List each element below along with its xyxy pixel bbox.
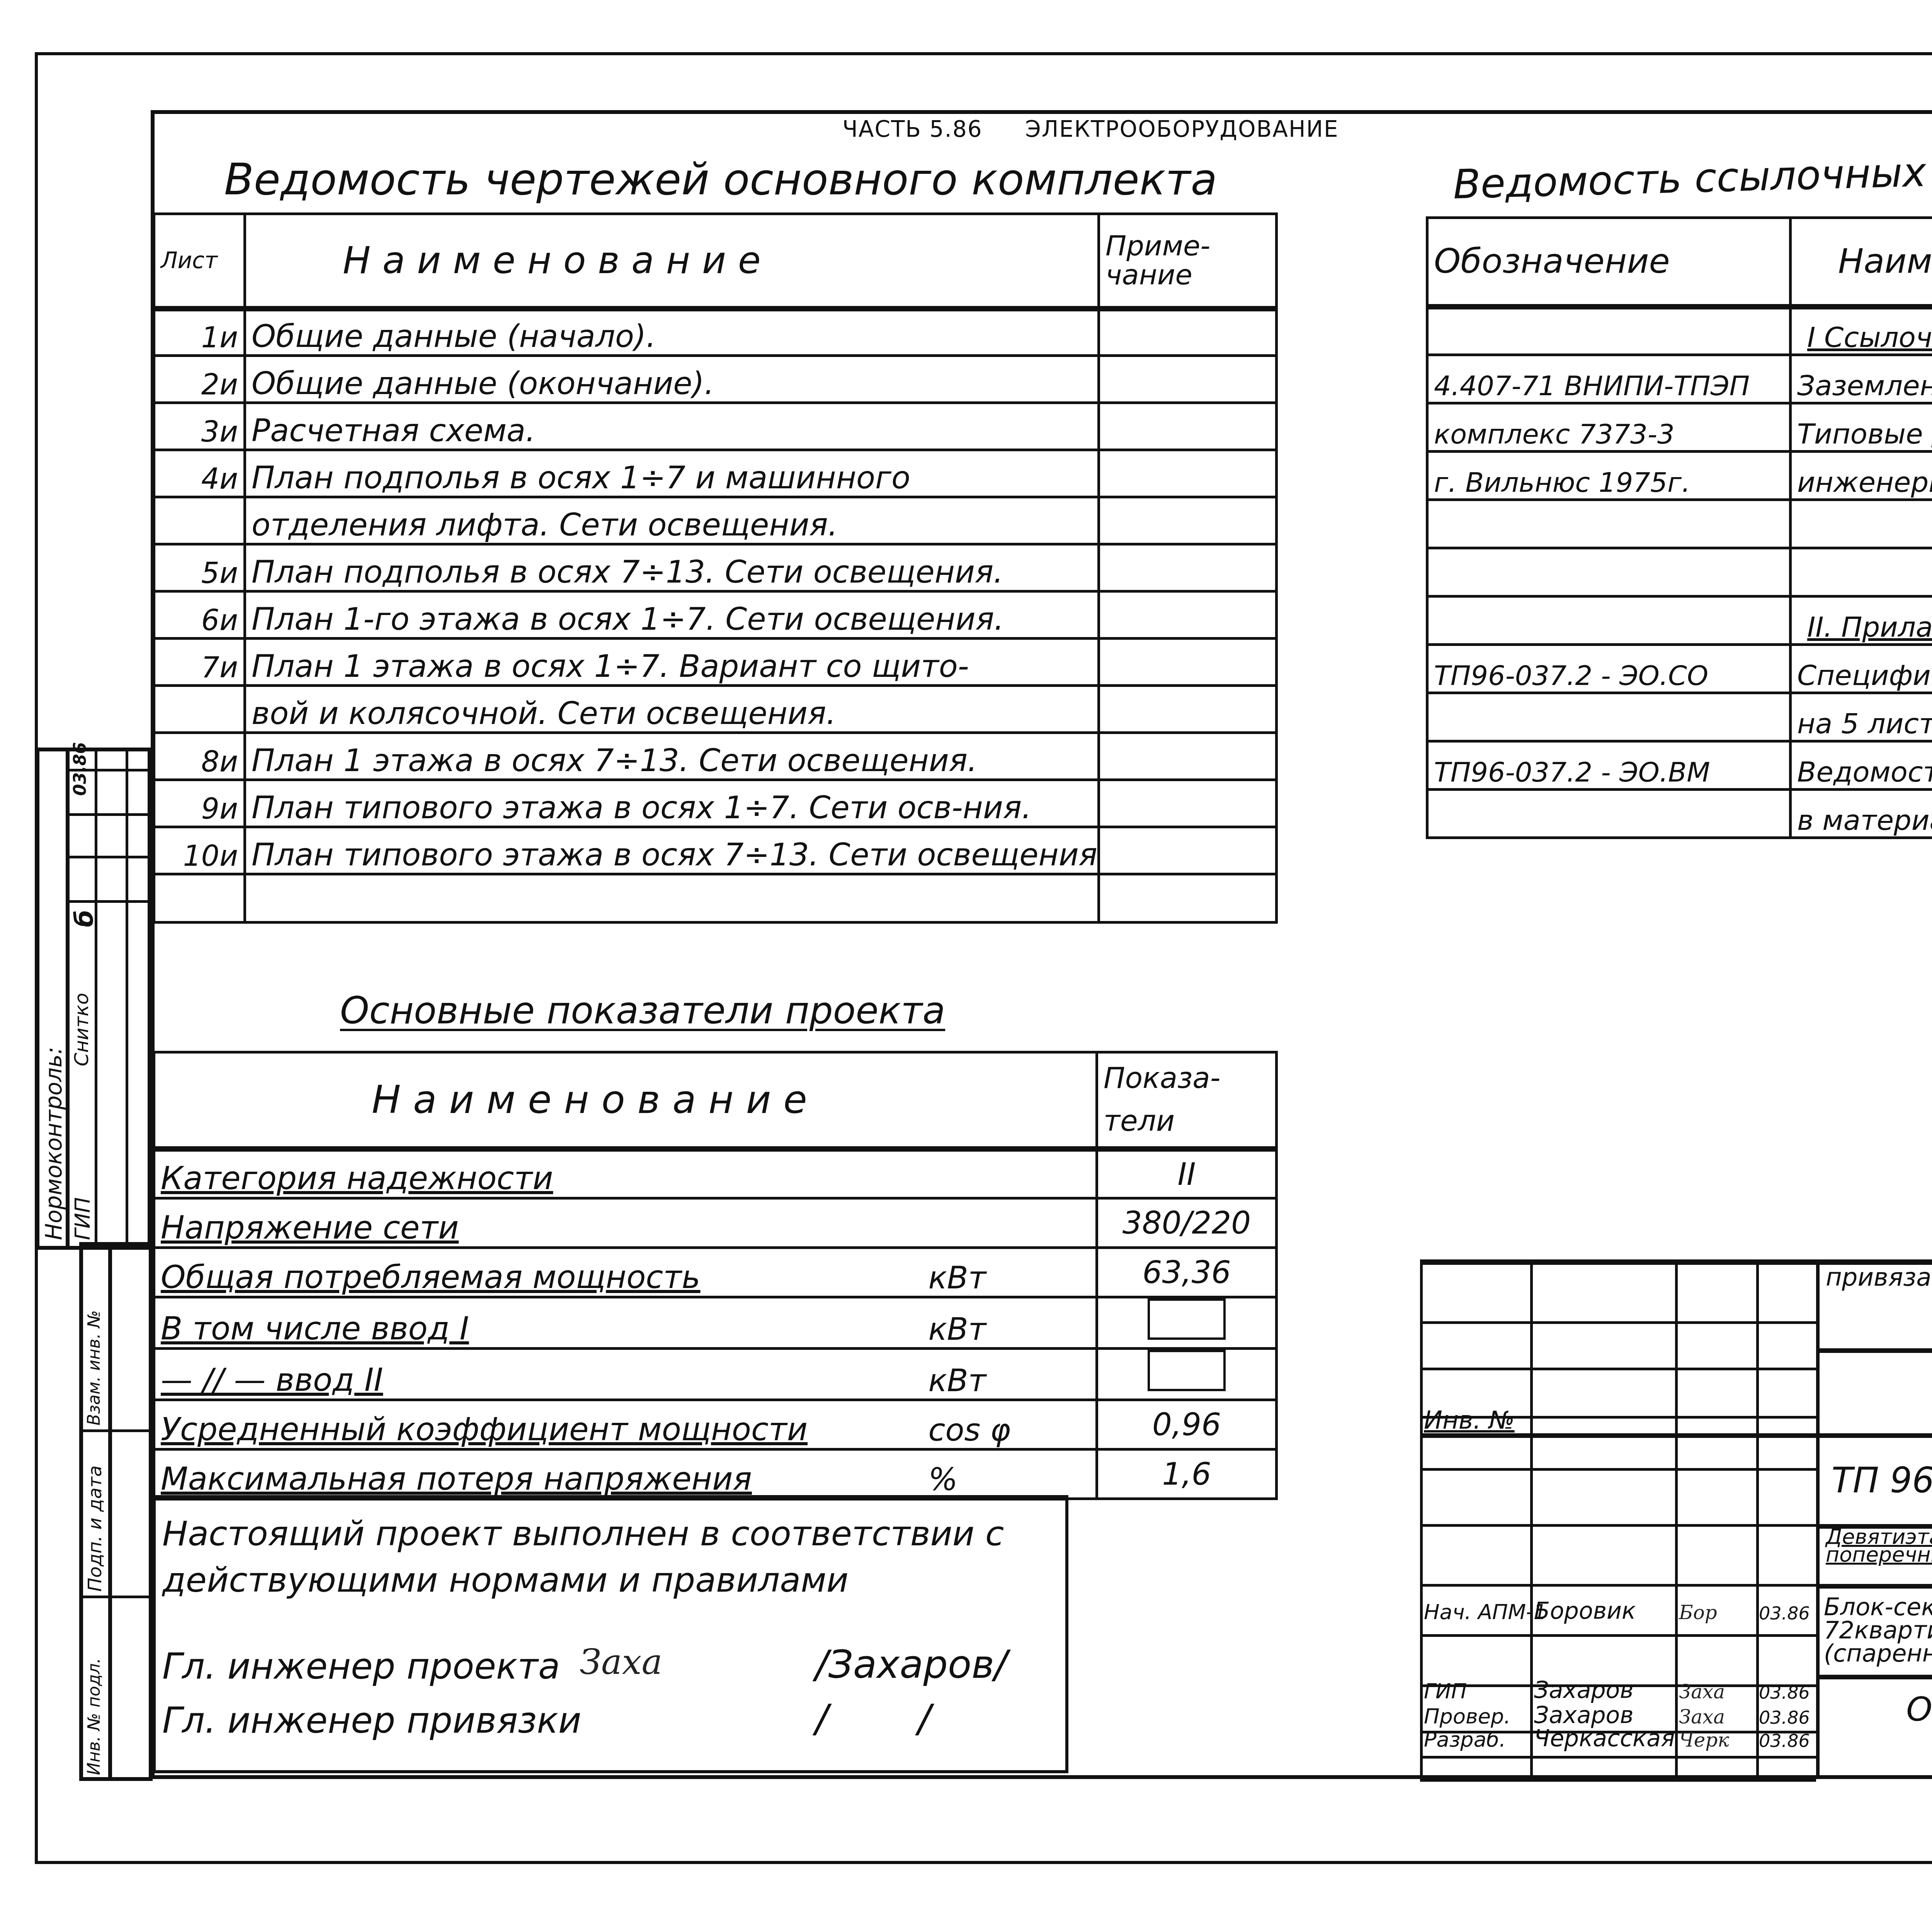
sheet-cell: 9и (154, 780, 245, 827)
normcontrol-label: Нормоконтроль: (41, 1047, 67, 1240)
section-title: Блок-секция рядовая 72квартирная 1Б-1Б-2… (1824, 1596, 1932, 1665)
sheet-cell (154, 686, 245, 733)
signature-mark: Заха (1679, 1706, 1725, 1728)
note-cell (1099, 874, 1277, 923)
column-header: Наименование (1791, 218, 1932, 307)
indicator-unit: cos φ (923, 1400, 1097, 1449)
table-row: комплекс 7373-3Типовые детали уплотнения… (1427, 403, 1932, 452)
table-row: ТП96-037.2 - ЭО.СОСпецификация оборудова… (1427, 645, 1932, 693)
table-row: 6иПлан 1-го этажа в осях 1÷7. Сети освещ… (154, 591, 1277, 639)
designation-cell (1427, 307, 1791, 355)
name-cell: II. Прилагаемые документы (1791, 596, 1932, 645)
designation-cell: комплекс 7373-3 (1427, 403, 1791, 452)
note-cell (1099, 309, 1277, 356)
table-row (1427, 500, 1932, 548)
name-cell: План типового этажа в осях 1÷7. Сети осв… (245, 780, 1099, 827)
indicators-header: Н а и м е н о в а н и еПоказа- тели (154, 1052, 1277, 1149)
table-row: отделения лифта. Сети освещения. (154, 497, 1277, 544)
stamp-role-gip: ГИП (70, 1197, 95, 1240)
signature-date: 03.86 (1759, 1707, 1810, 1728)
signature-date: 03.86 (1759, 1682, 1810, 1703)
designation-cell: г. Вильнюс 1975г. (1427, 452, 1791, 500)
note-cell (1099, 827, 1277, 874)
table-row: ТП96-037.2 - ЭО.ВМВедомость потребности (1427, 741, 1932, 790)
grid-col-line (1675, 1259, 1678, 1779)
indicator-row: — // — ввод IIкВт (154, 1349, 1277, 1400)
table-row: 7иПлан 1 этажа в осях 1÷7. Вариант со щи… (154, 639, 1277, 686)
drawings-list-title: Ведомость чертежей основного комплекта (224, 155, 1217, 205)
indicator-name: В том числе ввод I (154, 1297, 923, 1349)
inv-label: Инв. № (1424, 1406, 1515, 1435)
grid-row-line (1420, 1584, 1816, 1587)
indicator-row: Максимальная потеря напряжения%1,6 (154, 1449, 1277, 1499)
indicators-table: Н а и м е н о в а н и еПоказа- телиКатег… (153, 1051, 1278, 1500)
references-list-table: ОбозначениеНаименованиеПриме- чаниеI Ссы… (1426, 216, 1932, 839)
name-cell: Ведомость потребности (1791, 741, 1932, 790)
sheet-cell: 2и (154, 356, 245, 403)
table-row: I Ссылочные документы (1427, 307, 1932, 355)
bound-label: привязан (1826, 1263, 1932, 1292)
name-cell: Расчетная схема. (245, 403, 1099, 450)
sheet-cell: 5и (154, 544, 245, 591)
indicator-row: Усредненный коэффициент мощностиcos φ0,9… (154, 1400, 1277, 1449)
table-row: 9иПлан типового этажа в осях 1÷7. Сети о… (154, 780, 1277, 827)
replacing-inv-label: Взам. инв. № (84, 1310, 104, 1426)
indicator-name: Общая потребляемая мощность (154, 1248, 923, 1297)
original-inv-label: Инв. № подл. (84, 1658, 104, 1775)
indicator-unit: кВт (923, 1349, 1097, 1400)
signature-role: Разраб. (1424, 1727, 1506, 1752)
name-cell: План 1-го этажа в осях 1÷7. Сети освещен… (245, 591, 1099, 639)
signature-date: 03.86 (1759, 1730, 1810, 1751)
designation-cell (1427, 500, 1791, 548)
grid-row-line (1420, 1259, 1816, 1262)
stamp-role-snitko: Снитко (70, 993, 93, 1066)
sheet-cell: 1и (154, 309, 245, 356)
grid-row-line (1420, 1368, 1816, 1370)
tb-hline-1 (1816, 1348, 1932, 1353)
designation-cell (1427, 548, 1791, 596)
chief-engineer-signature: Заха (580, 1642, 662, 1682)
grid-row-line (1420, 1468, 1816, 1471)
note-cell (1099, 403, 1277, 450)
signature-mark: Бор (1679, 1601, 1717, 1624)
signature-date: 03.86 (1759, 1603, 1810, 1624)
name-cell: инженерных сетей в гражданские здания (1791, 452, 1932, 500)
chief-engineer-name: /Захаров/ (815, 1642, 1007, 1687)
note-cell (1099, 356, 1277, 403)
drawings-list-header: ЛистН а и м е н о в а н и еПриме- чание (154, 214, 1277, 309)
name-cell: на 5 листах. (1791, 693, 1932, 741)
table-row: 4.407-71 ВНИПИ-ТПЭПЗаземление электроуст… (1427, 355, 1932, 403)
designation-cell: ТП96-037.2 - ЭО.СО (1427, 645, 1791, 693)
note-cell (1099, 686, 1277, 733)
signature-role: Нач. АПМ-1 (1424, 1600, 1547, 1624)
table-row: II. Прилагаемые документы (1427, 596, 1932, 645)
table-row (1427, 548, 1932, 596)
table-row: 2иОбщие данные (окончание). (154, 356, 1277, 403)
stamp-col-2 (95, 748, 97, 1250)
name-cell: в материалах на 1 листе (1791, 790, 1932, 838)
drawings-list-table: ЛистН а и м е н о в а н и еПриме- чание1… (153, 212, 1278, 924)
name-cell: План 1 этажа в осях 1÷7. Вариант со щито… (245, 639, 1099, 686)
name-cell: План типового этажа в осях 7÷13. Сети ос… (245, 827, 1099, 874)
signature-mark: Черк (1679, 1729, 1729, 1751)
name-cell: отделения лифта. Сети освещения. (245, 497, 1099, 544)
name-cell: Заземление электроустановок (1791, 355, 1932, 403)
signature-name: Захаров (1534, 1677, 1634, 1704)
binding-engineer-label: Гл. инженер привязки (162, 1700, 582, 1741)
name-cell (245, 874, 1099, 923)
section-label: ЭЛЕКТРООБОРУДОВАНИЕ (1025, 116, 1338, 142)
chief-engineer-label: Гл. инженер проекта (162, 1646, 560, 1687)
name-cell: План 1 этажа в осях 7÷13. Сети освещения… (245, 733, 1099, 780)
indicator-unit (923, 1198, 1097, 1248)
stamp-signature: б (70, 910, 99, 927)
grid-row-line (1420, 1321, 1816, 1324)
column-header: Лист (154, 214, 245, 309)
column-header: Показа- тели (1097, 1052, 1277, 1149)
signature-name: Боровик (1534, 1597, 1636, 1625)
column-header: Н а и м е н о в а н и е (245, 214, 1099, 309)
designation-cell: 4.407-71 ВНИПИ-ТПЭП (1427, 355, 1791, 403)
title-block-separator (1816, 1259, 1820, 1779)
grid-col-line (1530, 1259, 1533, 1779)
grid-col-line (1756, 1259, 1759, 1779)
table-row: 4иПлан подполья в осях 1÷7 и машинного (154, 450, 1277, 497)
name-cell: План подполья в осях 1÷7 и машинного (245, 450, 1099, 497)
stamp-col-3 (126, 748, 128, 1250)
indicator-name: — // — ввод II (154, 1349, 923, 1400)
table-row: вой и колясочной. Сети освещения. (154, 686, 1277, 733)
indicator-name: Категория надежности (154, 1149, 923, 1198)
note-cell (1099, 591, 1277, 639)
sheet-cell (154, 874, 245, 923)
column-header: Приме- чание (1099, 214, 1277, 309)
name-cell: Спецификация оборудования (1791, 645, 1932, 693)
name-cell (1791, 548, 1932, 596)
indicator-name: Напряжение сети (154, 1198, 923, 1248)
name-cell: Типовые детали уплотнения вводов (1791, 403, 1932, 452)
column-header: Обозначение (1427, 218, 1791, 307)
tb-hline-4 (1816, 1584, 1932, 1589)
stamp-row-4 (66, 900, 151, 903)
indicator-value (1097, 1349, 1277, 1400)
sheet-cell: 3и (154, 403, 245, 450)
indicator-value: 1,6 (1097, 1449, 1277, 1499)
indicator-row: Напряжение сети380/220 (154, 1198, 1277, 1248)
grid-row-line (1420, 1524, 1816, 1527)
stamp-row-3 (66, 856, 151, 858)
designation-cell (1427, 596, 1791, 645)
indicators-title: Основные показатели проекта (340, 989, 945, 1032)
signature-role: ГИП (1424, 1679, 1467, 1703)
signature-mark: Заха (1679, 1681, 1725, 1703)
indicator-name: Максимальная потеря напряжения (154, 1449, 923, 1499)
references-header: ОбозначениеНаименованиеПриме- чание (1427, 218, 1932, 307)
empty-value-box (1148, 1298, 1226, 1340)
sheet-cell: 7и (154, 639, 245, 686)
empty-value-box (1148, 1350, 1226, 1391)
designation-cell (1427, 790, 1791, 838)
doc-code: ТП 96-037.2 (1832, 1460, 1932, 1501)
indicator-row: В том числе ввод IкВт (154, 1297, 1277, 1349)
inv-row-1 (79, 1429, 153, 1432)
grid-row-line (1420, 1756, 1816, 1759)
table-row: г. Вильнюс 1975г.инженерных сетей в граж… (1427, 452, 1932, 500)
stamp-date: 03.86 (70, 742, 90, 796)
note-cell (1099, 733, 1277, 780)
part-header: ЧАСТЬ 5.86 ЭЛЕКТРООБОРУДОВАНИЕ (842, 116, 1339, 142)
note-cell (1099, 639, 1277, 686)
sheet-title: Общие данные (начало) (1855, 1684, 1932, 1785)
tb-hline-5 (1816, 1675, 1932, 1679)
part-label: ЧАСТЬ 5.86 (842, 116, 983, 142)
name-cell (1791, 500, 1932, 548)
indicator-unit: кВт (923, 1248, 1097, 1297)
sheet-cell: 4и (154, 450, 245, 497)
stamp-row-2 (66, 813, 151, 816)
sheet-cell: 10и (154, 827, 245, 874)
binding-engineer-name: / / (815, 1696, 931, 1741)
inv-row-2 (79, 1596, 153, 1598)
table-row: на 5 листах. (1427, 693, 1932, 741)
note-cell (1099, 497, 1277, 544)
table-row: 8иПлан 1 этажа в осях 7÷13. Сети освещен… (154, 733, 1277, 780)
name-cell: Общие данные (окончание). (245, 356, 1099, 403)
grid-row-line (1420, 1779, 1816, 1782)
sheet-cell: 6и (154, 591, 245, 639)
table-row: 10иПлан типового этажа в осях 7÷13. Сети… (154, 827, 1277, 874)
indicator-value: 0,96 (1097, 1400, 1277, 1449)
name-cell: вой и колясочной. Сети освещения. (245, 686, 1099, 733)
note-cell (1099, 450, 1277, 497)
indicator-unit: кВт (923, 1297, 1097, 1349)
signature-date-label: Подп. и дата (84, 1465, 106, 1592)
sheet-cell (154, 497, 245, 544)
indicator-row: Категория надежностиII (154, 1149, 1277, 1198)
name-cell: Общие данные (начало). (245, 309, 1099, 356)
name-cell: I Ссылочные документы (1791, 307, 1932, 355)
signature-role: Провер. (1424, 1704, 1510, 1728)
table-row: 5иПлан подполья в осях 7÷13. Сети освеще… (154, 544, 1277, 591)
designation-cell (1427, 693, 1791, 741)
table-row (154, 874, 1277, 923)
indicator-name: Усредненный коэффициент мощности (154, 1400, 923, 1449)
indicator-value: II (1097, 1149, 1277, 1198)
sheet-cell: 8и (154, 733, 245, 780)
signature-name: Черкасская (1534, 1725, 1675, 1752)
project-title: Девятиэтажные крупнопанельные жилые дома… (1826, 1528, 1932, 1563)
indicator-unit: % (923, 1449, 1097, 1499)
name-cell: План подполья в осях 7÷13. Сети освещени… (245, 544, 1099, 591)
table-row: 1иОбщие данные (начало). (154, 309, 1277, 356)
grid-row-line (1420, 1634, 1816, 1637)
column-header: Н а и м е н о в а н и е (154, 1052, 1097, 1149)
note-cell (1099, 780, 1277, 827)
note-cell (1099, 544, 1277, 591)
indicator-unit (923, 1149, 1097, 1198)
designation-cell: ТП96-037.2 - ЭО.ВМ (1427, 741, 1791, 790)
inv-col (108, 1242, 112, 1781)
indicator-value (1097, 1297, 1277, 1349)
compliance-statement: Настоящий проект выполнен в соответствии… (162, 1511, 1043, 1603)
table-row: в материалах на 1 листе (1427, 790, 1932, 838)
indicator-row: Общая потребляемая мощностькВт63,36 (154, 1248, 1277, 1297)
table-row: 3иРасчетная схема. (154, 403, 1277, 450)
indicator-value: 63,36 (1097, 1248, 1277, 1297)
indicator-value: 380/220 (1097, 1198, 1277, 1248)
